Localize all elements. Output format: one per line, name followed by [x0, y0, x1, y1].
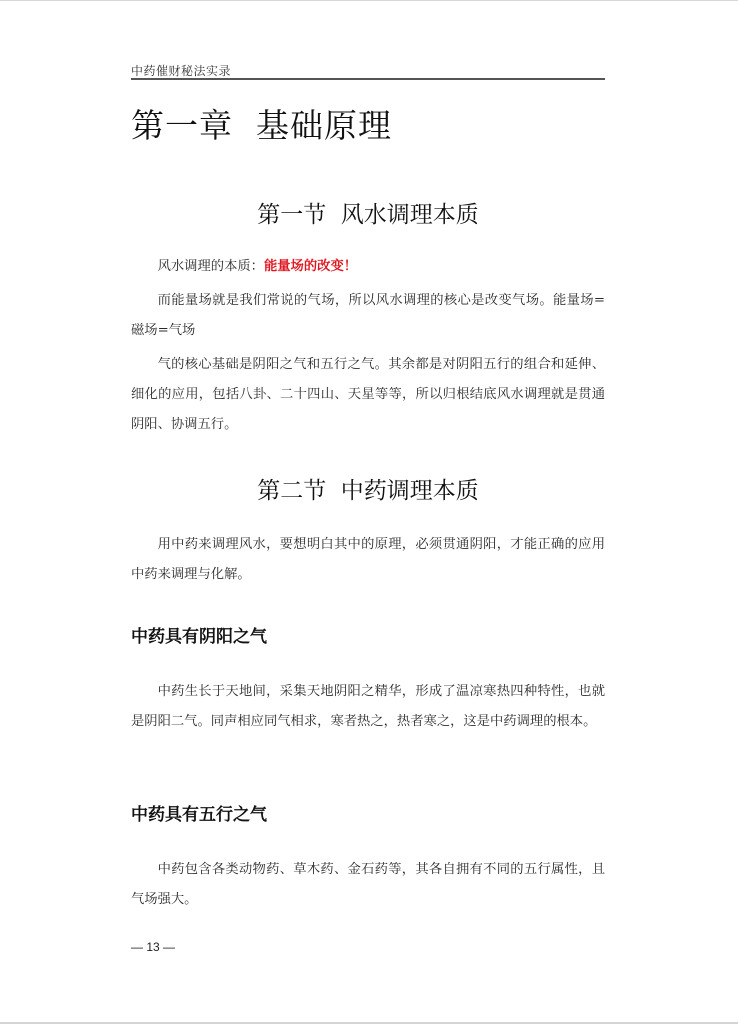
page-number: — 13 — — [131, 940, 175, 954]
paragraph-energy-field: 而能量场就是我们常说的气场，所以风水调理的核心是改变气场。能量场=磁场=气场 — [131, 286, 605, 346]
paragraph-qi-core: 气的核心基础是阴阳之气和五行之气。其余都是对阴阳五行的组合和延伸、细化的应用，包… — [131, 350, 605, 440]
header-rule — [131, 78, 605, 80]
subheading-yin-yang: 中药具有阴阳之气 — [131, 622, 267, 647]
paragraph-herbal-principle: 用中药来调理风水，要想明白其中的原理，必须贯通阴阳，才能正确的应用中药来调理与化… — [131, 530, 605, 590]
highlight-text: 能量场的改变！ — [264, 259, 357, 274]
running-header: 中药催财秘法实录 — [131, 62, 231, 79]
section-title-1: 第一节 风水调理本质 — [131, 196, 605, 229]
page-top-edge — [0, 0, 738, 1]
paragraph-five-elements: 中药包含各类动物药、草木药、金石药等，其各自拥有不同的五行属性，且气场强大。 — [131, 855, 605, 915]
paragraph-lead: 风水调理的本质： — [158, 259, 264, 274]
section-title-2: 第二节 中药调理本质 — [131, 472, 605, 505]
paragraph-essence: 风水调理的本质：能量场的改变！ — [131, 252, 605, 282]
subheading-five-elements: 中药具有五行之气 — [131, 800, 267, 825]
paragraph-yin-yang: 中药生长于天地间，采集天地阴阳之精华，形成了温凉寒热四种特性，也就是阴阳二气。同… — [131, 677, 605, 737]
chapter-title: 第一章 基础原理 — [131, 100, 392, 147]
